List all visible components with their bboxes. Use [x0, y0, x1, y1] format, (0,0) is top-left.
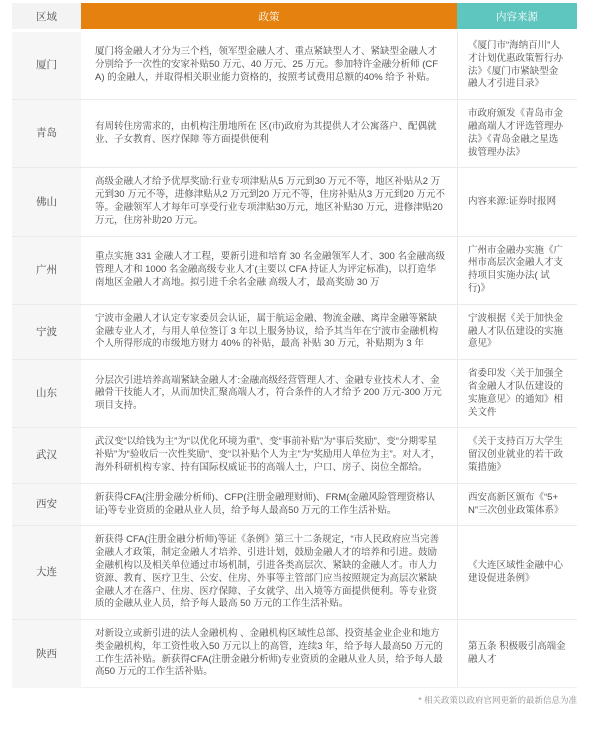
- header-source: 内容来源: [457, 3, 577, 29]
- source-cell: 宁波根据《关于加快金融人才队伍建设的实施意见》: [457, 304, 577, 359]
- table-row-shandong: 山东 分层次引进培养高端紧缺金融人才:金融高级经营管理人才、金融专业技术人才、金…: [12, 359, 577, 427]
- source-cell: 西安高新区颁布《“5+N”三次创业政策体系》: [457, 483, 577, 526]
- policy-cell: 对新设立或新引进的法人金融机构 、金融机构区域性总部、投资基金业企业和地方类金融…: [81, 619, 457, 688]
- policy-cell: 有周转住房需求的，由机构注册地所在 区(市)政府为其提供人才公寓落户、配偶就业、…: [81, 99, 457, 167]
- region-cell: 陕西: [12, 619, 81, 688]
- region-cell: 广州: [12, 236, 81, 304]
- table-row-ningbo: 宁波 宁波市金融人才认定专家委员会认证，属于航运金融、物流金融、离岸金融等紧缺金…: [12, 304, 577, 359]
- table-row-guangzhou: 广州 重点实施 331 金融人才工程，要新引进和培育 30 名金融领军人才、30…: [12, 236, 577, 304]
- region-cell: 宁波: [12, 304, 81, 359]
- source-cell: 广州市金融办实施《广州市高层次金融人才支持项目实施办法( 试行)》: [457, 236, 577, 304]
- table-row-dalian: 大连 新获得 CFA(注册金融分析师)等证《条例》第三十二条规定，“市人民政府应…: [12, 525, 577, 619]
- table-row-xian: 西安 新获得CFA(注册金融分析师)、CFP(注册金融理财师)、FRM(金融风险…: [12, 483, 577, 526]
- region-cell: 西安: [12, 483, 81, 526]
- region-cell: 厦门: [12, 29, 81, 99]
- region-cell: 大连: [12, 525, 81, 619]
- source-cell: 《关于支持百万大学生留汉创业就业的若干政策措施》: [457, 427, 577, 482]
- policy-cell: 武汉变“以给钱为主”为“以优化环境为重”、变“事前补贴”为“事后奖励”、变“分期…: [81, 427, 457, 482]
- policy-cell: 宁波市金融人才认定专家委员会认证，属于航运金融、物流金融、离岸金融等紧缺金融专业…: [81, 304, 457, 359]
- policy-cell: 分层次引进培养高端紧缺金融人才:金融高级经营管理人才、金融专业技术人才、金融骨干…: [81, 359, 457, 427]
- header-policy: 政策: [81, 3, 457, 29]
- policy-cell: 新获得CFA(注册金融分析师)、CFP(注册金融理财师)、FRM(金融风险管理资…: [81, 483, 457, 526]
- source-cell: 第五条 积极吸引高端金融人才: [457, 619, 577, 688]
- source-cell: 《大连区域性金融中心建设促进条例》: [457, 525, 577, 619]
- table-row-shaanxi: 陕西 对新设立或新引进的法人金融机构 、金融机构区域性总部、投资基金业企业和地方…: [12, 619, 577, 688]
- table-header-row: 区域 政策 内容来源: [12, 3, 577, 29]
- policy-cell: 厦门将金融人才分为三个档，领军型金融人才、重点紧缺型人才、紧缺型金融人才分别给予…: [81, 29, 457, 99]
- region-cell: 武汉: [12, 427, 81, 482]
- source-cell: 市政府颁发《青岛市金融高端人才评选管理办法》《青岛金融之星选拔管理办法》: [457, 99, 577, 167]
- region-cell: 山东: [12, 359, 81, 427]
- table-row-xiamen: 厦门 厦门将金融人才分为三个档，领军型金融人才、重点紧缺型人才、紧缺型金融人才分…: [12, 29, 577, 99]
- table-row-foshan: 佛山 高级金融人才给予优厚奖励:行业专项津贴从5 万元到30 万元不等，地区补贴…: [12, 167, 577, 235]
- region-cell: 青岛: [12, 99, 81, 167]
- source-cell: 内容来源:证券时报网: [457, 167, 577, 235]
- policy-cell: 重点实施 331 金融人才工程，要新引进和培育 30 名金融领军人才、300 名…: [81, 236, 457, 304]
- finance-talent-policy-table: 区域 政策 内容来源 厦门 厦门将金融人才分为三个档，领军型金融人才、重点紧缺型…: [12, 3, 577, 688]
- policy-cell: 高级金融人才给予优厚奖励:行业专项津贴从5 万元到30 万元不等，地区补贴从2 …: [81, 167, 457, 235]
- policy-cell: 新获得 CFA(注册金融分析师)等证《条例》第三十二条规定，“市人民政府应当完善…: [81, 525, 457, 619]
- table-row-qingdao: 青岛 有周转住房需求的，由机构注册地所在 区(市)政府为其提供人才公寓落户、配偶…: [12, 99, 577, 167]
- source-cell: 省委印发〈关于加强全省金融人才队伍建设的实施意见〉的通知》相关文件: [457, 359, 577, 427]
- disclaimer-footnote: * 相关政策以政府官网更新的最新信息为准: [12, 694, 577, 706]
- region-cell: 佛山: [12, 167, 81, 235]
- header-region: 区域: [12, 3, 81, 29]
- table-row-wuhan: 武汉 武汉变“以给钱为主”为“以优化环境为重”、变“事前补贴”为“事后奖励”、变…: [12, 427, 577, 482]
- source-cell: 《厦门市“海纳百川”人才计划优惠政策暂行办法》《厦门市紧缺型金融人才引进目录》: [457, 29, 577, 99]
- page-container: 区域 政策 内容来源 厦门 厦门将金融人才分为三个档，领军型金融人才、重点紧缺型…: [12, 0, 577, 688]
